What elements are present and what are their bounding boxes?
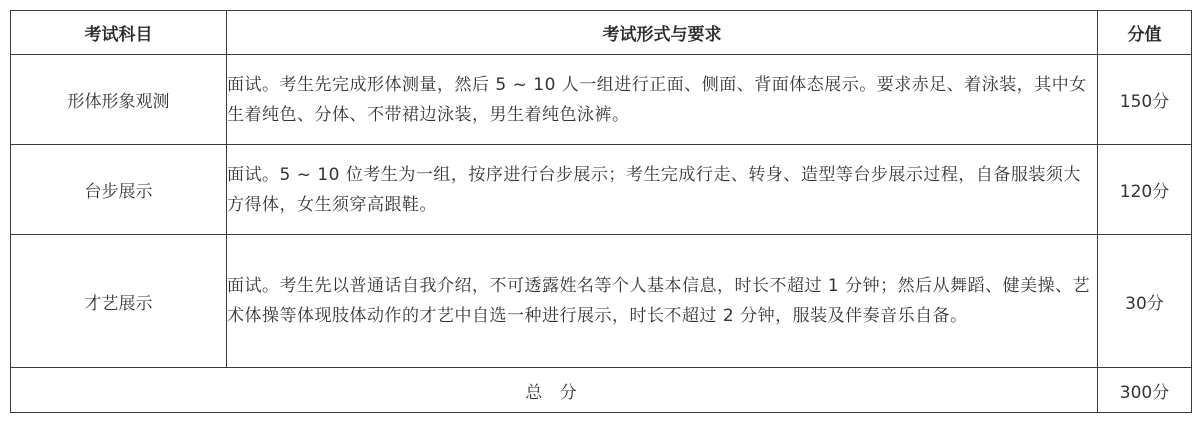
description-cell: 面试。考生先完成形体测量，然后 5 ~ 10 人一组进行正面、侧面、背面体态展示… bbox=[227, 55, 1098, 145]
score-cell: 150分 bbox=[1098, 55, 1192, 145]
total-label: 总 分 bbox=[11, 368, 1098, 413]
table-row: 台步展示 面试。5 ~ 10 位考生为一组，按序进行台步展示；考生完成行走、转身… bbox=[11, 145, 1192, 235]
subject-cell: 形体形象观测 bbox=[11, 55, 227, 145]
description-cell: 面试。考生先以普通话自我介绍，不可透露姓名等个人基本信息，时长不超过 1 分钟；… bbox=[227, 235, 1098, 368]
score-cell: 30分 bbox=[1098, 235, 1192, 368]
header-score: 分值 bbox=[1098, 11, 1192, 55]
exam-requirements-table: 考试科目 考试形式与要求 分值 形体形象观测 面试。考生先完成形体测量，然后 5… bbox=[10, 10, 1192, 413]
total-row: 总 分 300分 bbox=[11, 368, 1192, 413]
score-cell: 120分 bbox=[1098, 145, 1192, 235]
subject-cell: 才艺展示 bbox=[11, 235, 227, 368]
header-subject: 考试科目 bbox=[11, 11, 227, 55]
table-row: 才艺展示 面试。考生先以普通话自我介绍，不可透露姓名等个人基本信息，时长不超过 … bbox=[11, 235, 1192, 368]
subject-cell: 台步展示 bbox=[11, 145, 227, 235]
header-format: 考试形式与要求 bbox=[227, 11, 1098, 55]
description-cell: 面试。5 ~ 10 位考生为一组，按序进行台步展示；考生完成行走、转身、造型等台… bbox=[227, 145, 1098, 235]
total-score: 300分 bbox=[1098, 368, 1192, 413]
table-row: 形体形象观测 面试。考生先完成形体测量，然后 5 ~ 10 人一组进行正面、侧面… bbox=[11, 55, 1192, 145]
table-header-row: 考试科目 考试形式与要求 分值 bbox=[11, 11, 1192, 55]
